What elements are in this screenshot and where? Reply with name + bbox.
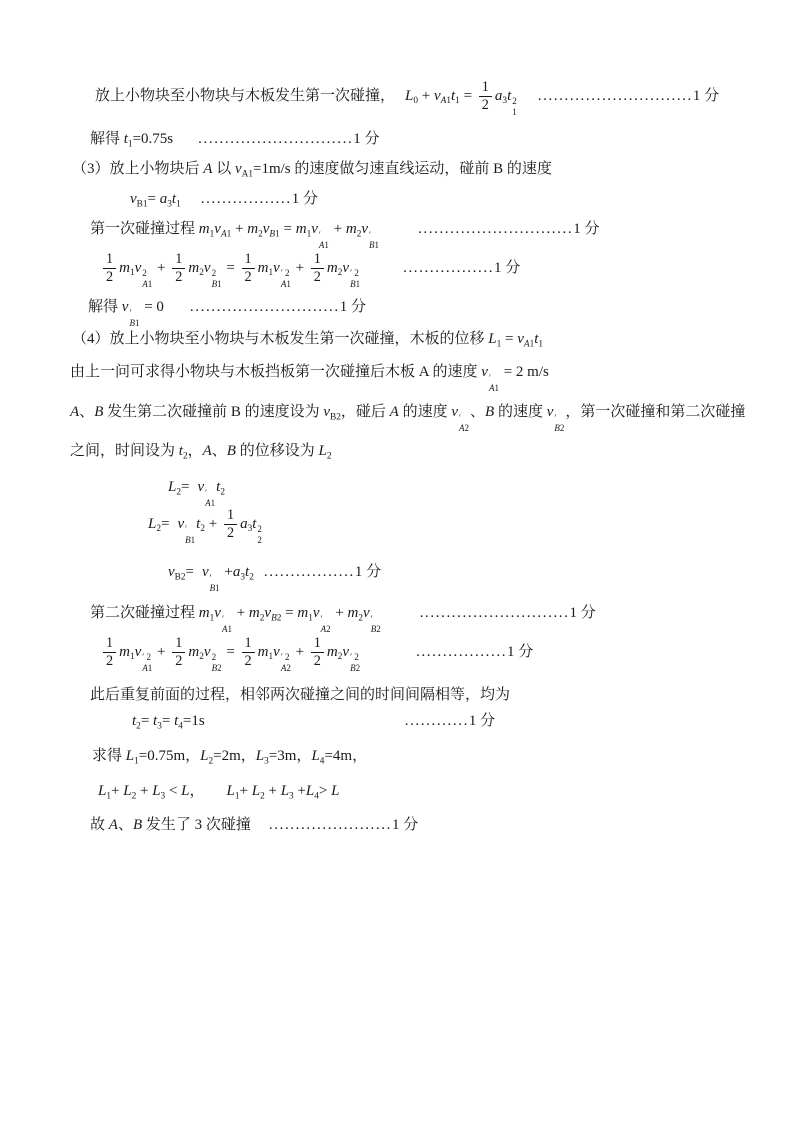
- sup-sub-stack: 2B1: [212, 268, 222, 289]
- subscript: A1: [524, 339, 534, 349]
- italic-variable: B: [210, 583, 216, 593]
- text-line-equal-time-intervals: t2= t3= t4=1s............1 分: [132, 712, 495, 732]
- fraction-numerator: 1: [172, 636, 185, 653]
- subscript: 2: [136, 721, 141, 731]
- sup-sub-stack: ′A2: [459, 413, 469, 434]
- subscript: A1: [242, 169, 253, 179]
- fraction-numerator: 1: [172, 252, 185, 269]
- subscript: 1: [235, 791, 240, 801]
- italic-variable: m: [297, 605, 308, 621]
- sup-sub-stack: ′ 2A1: [281, 268, 291, 289]
- text-line-l2-a-displacement: L2=v′A1t2: [168, 478, 225, 508]
- fraction: 12: [103, 252, 116, 285]
- italic-variable: A: [489, 383, 495, 393]
- subscript: 4: [178, 721, 183, 731]
- spacer: [254, 575, 264, 576]
- italic-variable: A: [441, 96, 447, 106]
- text-line-repeat-process-note: 此后重复前面的过程，相邻两次碰撞之间的时间间隔相等，均为: [90, 686, 510, 706]
- italic-variable: L: [123, 783, 131, 799]
- italic-variable: v: [434, 88, 441, 104]
- italic-variable: v: [204, 644, 211, 660]
- subscript: 2: [183, 451, 188, 461]
- subscript: 3: [161, 791, 166, 801]
- subscript-row: B2: [212, 663, 222, 673]
- italic-variable: v: [313, 605, 320, 621]
- text-line-solve-t1: 解得 t1=0.75s.............................…: [90, 130, 380, 150]
- italic-variable: v: [214, 605, 221, 621]
- fraction-denominator: 2: [172, 269, 185, 285]
- subscript-row: A1: [222, 624, 232, 634]
- italic-variable: v: [342, 260, 349, 276]
- sup-sub-stack: ′A1: [319, 230, 329, 251]
- sup-sub-stack: ′A1: [489, 373, 499, 394]
- spacer: [164, 310, 190, 311]
- sup-sub-stack: ′ 2B2: [350, 652, 360, 673]
- subscript-row: A1: [142, 663, 152, 673]
- italic-variable: A: [390, 404, 399, 420]
- italic-variable: L: [200, 748, 208, 764]
- italic-variable: L: [281, 783, 289, 799]
- italic-variable: m: [296, 221, 307, 237]
- sup-sub-stack: ′A2: [321, 614, 331, 635]
- subscript-row: B2: [350, 663, 360, 673]
- italic-variable: m: [188, 260, 199, 276]
- superscript-row: ′: [554, 413, 556, 423]
- italic-variable: L: [181, 783, 189, 799]
- subscript: 2: [220, 487, 225, 497]
- fraction: 12: [224, 508, 237, 541]
- subscript-row: A1: [205, 498, 215, 508]
- italic-variable: B: [185, 535, 191, 545]
- subscript-row: B2: [554, 423, 564, 433]
- subscript: 1: [134, 756, 139, 766]
- subscript-row: A2: [321, 624, 331, 634]
- fraction-numerator: 1: [224, 508, 237, 525]
- subscript-row: A1: [489, 383, 499, 393]
- subscript: 3: [264, 756, 269, 766]
- subscript: 2: [249, 572, 254, 582]
- subscript: 2: [176, 487, 181, 497]
- text-line-first-collision-energy: 12m1v2A1 + 12m2v2B1 = 12m1v′ 2A1 + 12m2v…: [100, 252, 520, 289]
- superscript-row: ′ 2: [142, 652, 151, 662]
- italic-variable: a: [240, 516, 248, 532]
- subscript-row: B1: [129, 318, 139, 328]
- fraction-denominator: 2: [103, 269, 116, 285]
- superscript-row: 2: [142, 268, 147, 278]
- spacer: [361, 271, 403, 272]
- fraction-denominator: 2: [172, 653, 185, 669]
- text-line-solve-vb1-prime: 解得 v′B1 = 0............................1…: [88, 298, 366, 328]
- italic-variable: L: [311, 748, 319, 764]
- italic-variable: m: [348, 605, 359, 621]
- subscript-row: B1: [185, 535, 195, 545]
- spacer: [173, 142, 198, 143]
- italic-variable: m: [249, 605, 260, 621]
- italic-variable: L: [488, 331, 496, 347]
- italic-variable: v: [363, 605, 370, 621]
- superscript-row: ′: [205, 488, 207, 498]
- sup-sub-stack: ′A1: [222, 614, 232, 635]
- superscript-row: 2: [212, 268, 217, 278]
- italic-variable: L: [227, 783, 235, 799]
- italic-variable: A: [70, 404, 79, 420]
- superscript-row: ′ 2: [350, 268, 359, 278]
- italic-variable: B: [94, 404, 103, 420]
- italic-variable: v: [481, 364, 488, 380]
- fraction-numerator: 1: [242, 636, 255, 653]
- italic-variable: B: [371, 624, 377, 634]
- italic-variable: A: [109, 817, 118, 833]
- fraction: 12: [479, 80, 492, 113]
- fraction: 12: [311, 636, 324, 669]
- dot-leader: .......................: [269, 817, 392, 833]
- text-line-l2-b-displacement: L2=v′B1t2 + 12a3t22: [148, 508, 263, 545]
- italic-variable: v: [177, 516, 184, 532]
- fraction: 12: [172, 636, 185, 669]
- italic-variable: m: [188, 644, 199, 660]
- subscript: 1: [128, 139, 133, 149]
- subscript: 2: [260, 791, 265, 801]
- italic-variable: v: [168, 564, 175, 580]
- subscript: B1: [137, 199, 148, 209]
- spacer: [205, 794, 227, 795]
- sup-sub-stack: ′ 2A1: [142, 652, 152, 673]
- dot-leader: .................: [201, 191, 292, 207]
- superscript-row: ′: [459, 413, 461, 423]
- italic-variable: B: [212, 663, 218, 673]
- sup-sub-stack: ′B2: [554, 413, 564, 434]
- dot-leader: ............................: [420, 605, 570, 621]
- fraction-numerator: 1: [103, 636, 116, 653]
- superscript-row: ′: [210, 573, 212, 583]
- subscript: 1: [455, 96, 460, 106]
- subscript-row: B1: [350, 279, 360, 289]
- fraction: 12: [172, 252, 185, 285]
- italic-variable: v: [547, 404, 554, 420]
- subscript-row: B2: [371, 624, 381, 634]
- dot-leader: .................: [416, 644, 507, 660]
- italic-variable: B: [350, 663, 356, 673]
- subscript-row: 2: [257, 535, 262, 545]
- italic-variable: B: [269, 229, 275, 239]
- fraction-denominator: 2: [242, 269, 255, 285]
- superscript-row: 2: [257, 524, 262, 534]
- italic-variable: A: [281, 663, 287, 673]
- italic-variable: B: [554, 423, 560, 433]
- superscript-row: ′: [321, 614, 323, 624]
- subscript: B2: [271, 613, 281, 623]
- sup-sub-stack: 21: [512, 96, 517, 117]
- italic-variable: v: [361, 221, 368, 237]
- italic-variable: B: [369, 240, 375, 250]
- sup-sub-stack: ′A1: [205, 488, 215, 509]
- sup-sub-stack: ′B1: [369, 230, 379, 251]
- subscript: 1: [497, 339, 502, 349]
- text-line-vb1-equation: vB1= a3t1.................1 分: [130, 190, 318, 210]
- italic-variable: m: [327, 644, 338, 660]
- italic-variable: L: [306, 783, 314, 799]
- italic-variable: B: [227, 443, 236, 459]
- spacer: [251, 828, 269, 829]
- fraction-denominator: 2: [103, 653, 116, 669]
- solution-document-page: 放上小物块至小物块与木板发生第一次碰撞，L0 + vA1t1 = 12a3t21…: [0, 0, 800, 1131]
- subscript-row: 1: [512, 107, 517, 117]
- italic-variable: v: [202, 564, 209, 580]
- spacer: [181, 202, 201, 203]
- dot-leader: .............................: [418, 221, 573, 237]
- text-line-va1-prime-value: 由上一问可求得小物块与木板挡板第一次碰撞后木板 A 的速度 v′A1 = 2 m…: [70, 363, 549, 393]
- superscript-row: 2: [512, 96, 517, 106]
- subscript: 1: [176, 199, 181, 209]
- fraction-numerator: 1: [479, 80, 492, 97]
- italic-variable: L: [318, 443, 326, 459]
- italic-variable: B: [485, 404, 494, 420]
- text-line-vb2-equation: vB2=v′B1 +a3t2.................1 分: [168, 563, 381, 593]
- text-line-part4-intro-L1: （4）放上小物块至小物块与木板发生第一次碰撞，木板的位移 L1 = vA1t1: [72, 330, 543, 350]
- italic-variable: A: [142, 279, 148, 289]
- fraction-denominator: 2: [224, 525, 237, 541]
- italic-variable: v: [122, 299, 129, 315]
- sup-sub-stack: ′B1: [185, 524, 195, 545]
- subscript: 3: [157, 721, 162, 731]
- italic-variable: L: [126, 748, 134, 764]
- fraction: 12: [103, 636, 116, 669]
- italic-variable: v: [197, 479, 204, 495]
- italic-variable: v: [273, 260, 280, 276]
- dot-leader: .............................: [538, 88, 693, 104]
- superscript-row: ′: [129, 308, 131, 318]
- superscript-row: ′: [222, 614, 224, 624]
- subscript: 2: [209, 756, 214, 766]
- italic-variable: v: [135, 644, 142, 660]
- superscript-row: ′: [371, 614, 373, 624]
- italic-variable: t: [507, 88, 511, 104]
- text-line-l-values: 求得 L1=0.75m，L2=2m，L3=3m，L4=4m，: [92, 747, 367, 767]
- italic-variable: A: [142, 663, 148, 673]
- italic-variable: v: [342, 644, 349, 660]
- subscript-row: A1: [142, 279, 152, 289]
- italic-variable: A: [222, 624, 228, 634]
- subscript: 2: [156, 524, 161, 534]
- sup-sub-stack: 2A1: [142, 268, 152, 289]
- subscript: 0: [413, 96, 418, 106]
- italic-variable: B: [350, 279, 356, 289]
- italic-variable: B: [133, 817, 142, 833]
- italic-variable: A: [281, 279, 287, 289]
- sup-sub-stack: ′B2: [371, 614, 381, 635]
- subscript: 2: [200, 524, 205, 534]
- italic-variable: m: [258, 260, 269, 276]
- fraction-numerator: 1: [103, 252, 116, 269]
- text-line-l-sum-comparison: L1+ L2 + L3 < L，L1+ L2 + L3 +L4> L: [98, 782, 339, 802]
- italic-variable: B: [129, 318, 135, 328]
- subscript-row: A2: [459, 423, 469, 433]
- dot-leader: .................: [403, 260, 494, 276]
- fraction-numerator: 1: [311, 636, 324, 653]
- subscript-row: B1: [210, 583, 220, 593]
- fraction-numerator: 1: [311, 252, 324, 269]
- subscript-row: A1: [281, 279, 291, 289]
- text-line-conclusion: 故 A、B 发生了 3 次碰撞.......................1 …: [90, 816, 418, 836]
- italic-variable: m: [258, 644, 269, 660]
- sup-sub-stack: 2B2: [212, 652, 222, 673]
- text-line-first-collision-momentum: 第一次碰撞过程 m1vA1 + m2vB1 = m1v′A1 + m2v′B1.…: [90, 220, 599, 250]
- subscript: 2: [327, 451, 332, 461]
- italic-variable: A: [321, 624, 327, 634]
- text-line-second-collision-setup-1: A、B 发生第二次碰撞前 B 的速度设为 vB2，碰后 A 的速度 v′A2、B…: [70, 403, 745, 433]
- italic-variable: L: [252, 783, 260, 799]
- text-line-second-collision-momentum: 第二次碰撞过程 m1v′A1 + m2vB2 = m1v′A2 + m2v′B2…: [90, 604, 596, 634]
- fraction: 12: [311, 252, 324, 285]
- italic-variable: L: [256, 748, 264, 764]
- sup-sub-stack: ′ 2B1: [350, 268, 360, 289]
- italic-variable: A: [205, 498, 211, 508]
- italic-variable: v: [273, 644, 280, 660]
- italic-variable: v: [204, 260, 211, 276]
- subscript: A1: [441, 96, 451, 106]
- subscript-row: B1: [212, 279, 222, 289]
- dot-leader: ............: [405, 713, 469, 729]
- subscript: A1: [221, 229, 231, 239]
- spacer: [194, 575, 202, 576]
- subscript: 4: [314, 791, 319, 801]
- italic-variable: A: [203, 161, 212, 177]
- italic-variable: L: [152, 783, 160, 799]
- text-line-second-collision-energy: 12m1v′ 2A1 + 12m2v2B2 = 12m1v′ 2A2 + 12m…: [100, 636, 533, 673]
- subscript-row: A2: [281, 663, 291, 673]
- italic-variable: B: [271, 613, 277, 623]
- subscript: B1: [269, 229, 279, 239]
- dot-leader: .............................: [198, 131, 353, 147]
- italic-variable: B: [212, 279, 218, 289]
- subscript: 2: [132, 791, 137, 801]
- spacer: [395, 99, 405, 100]
- superscript-row: ′ 2: [281, 268, 290, 278]
- sup-sub-stack: ′B1: [210, 573, 220, 594]
- text-line-first-collision-kinematics-equation: 放上小物块至小物块与木板发生第一次碰撞，L0 + vA1t1 = 12a3t21…: [95, 80, 719, 117]
- spacer: [518, 99, 538, 100]
- italic-variable: m: [119, 260, 130, 276]
- dot-leader: ............................: [190, 299, 340, 315]
- spacer: [382, 616, 420, 617]
- italic-variable: L: [331, 783, 339, 799]
- fraction-denominator: 2: [242, 653, 255, 669]
- fraction: 12: [242, 252, 255, 285]
- italic-variable: A: [203, 443, 212, 459]
- superscript-row: ′: [185, 524, 187, 534]
- italic-variable: v: [130, 191, 137, 207]
- spacer: [205, 724, 405, 725]
- sup-sub-stack: ′B1: [129, 308, 139, 329]
- superscript-row: ′: [369, 230, 371, 240]
- italic-variable: m: [346, 221, 357, 237]
- italic-variable: v: [214, 221, 221, 237]
- italic-variable: A: [459, 423, 465, 433]
- italic-variable: m: [199, 221, 210, 237]
- subscript-row: B1: [369, 240, 379, 250]
- superscript-row: 2: [212, 652, 217, 662]
- spacer: [361, 655, 416, 656]
- fraction-denominator: 2: [311, 653, 324, 669]
- sup-sub-stack: ′ 2A2: [281, 652, 291, 673]
- italic-variable: A: [524, 339, 530, 349]
- italic-variable: m: [199, 605, 210, 621]
- subscript: 1: [538, 339, 543, 349]
- italic-variable: A: [319, 240, 325, 250]
- italic-variable: v: [517, 331, 524, 347]
- superscript-row: ′: [489, 373, 491, 383]
- fraction: 12: [242, 636, 255, 669]
- italic-variable: v: [451, 404, 458, 420]
- italic-variable: m: [119, 644, 130, 660]
- italic-variable: m: [247, 221, 258, 237]
- subscript: 1: [106, 791, 111, 801]
- sup-sub-stack: 22: [257, 524, 262, 545]
- italic-variable: v: [135, 260, 142, 276]
- fraction-denominator: 2: [311, 269, 324, 285]
- italic-variable: A: [221, 229, 227, 239]
- italic-variable: v: [235, 161, 242, 177]
- superscript-row: ′ 2: [350, 652, 359, 662]
- fraction-denominator: 2: [479, 97, 492, 113]
- subscript: B2: [330, 412, 341, 422]
- text-line-part3-intro: （3）放上小物块后 A 以 vA1=1m/s 的速度做匀速直线运动，碰前 B 的…: [72, 160, 552, 180]
- text-line-second-collision-setup-2: 之间，时间设为 t2，A、B 的位移设为 L2: [70, 442, 331, 462]
- dot-leader: .................: [264, 564, 355, 580]
- italic-variable: t: [252, 516, 256, 532]
- superscript-row: ′ 2: [281, 652, 290, 662]
- italic-variable: m: [327, 260, 338, 276]
- subscript-row: A1: [319, 240, 329, 250]
- subscript: 3: [289, 791, 294, 801]
- subscript: B2: [175, 572, 186, 582]
- spacer: [380, 232, 418, 233]
- superscript-row: ′: [319, 230, 321, 240]
- fraction-numerator: 1: [242, 252, 255, 269]
- subscript: 4: [320, 756, 325, 766]
- italic-variable: v: [311, 221, 318, 237]
